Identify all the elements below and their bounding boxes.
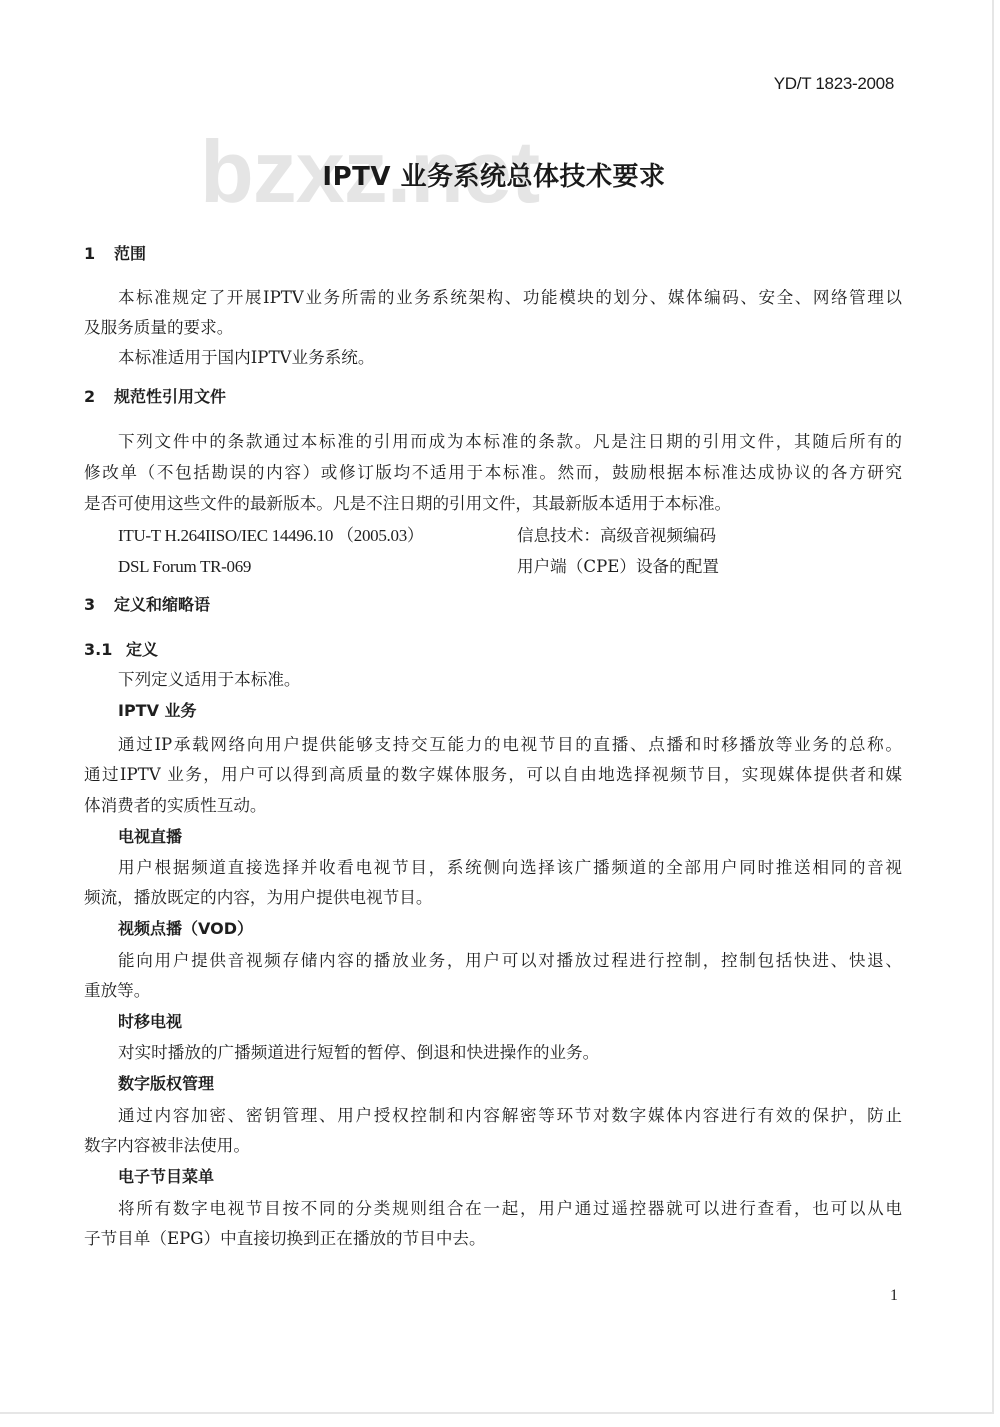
term-heading: 数字版权管理 [118,1073,214,1095]
section-heading-2: 2规范性引用文件 [84,386,226,408]
reference-title: 用户端（CPE）设备的配置 [517,556,719,578]
section-title: 定义和缩略语 [114,595,210,614]
section-title: 规范性引用文件 [114,387,226,406]
section-title: 定义 [126,640,158,659]
term-heading: 电子节目菜单 [118,1166,214,1188]
paragraph-line: 用户根据频道直接选择并收看电视节目，系统侧向选择该广播频道的全部用户同时推送相同… [118,857,902,879]
paragraph-line: 本标准适用于国内IPTV业务系统。 [118,347,902,369]
section-number: 2 [84,386,114,408]
section-number: 3 [84,594,114,616]
document-title: IPTV 业务系统总体技术要求 [0,156,988,193]
paragraph-line: 下列文件中的条款通过本标准的引用而成为本标准的条款。凡是注日期的引用文件，其随后… [118,431,902,453]
paragraph-line: 本标准规定了开展IPTV业务所需的业务系统架构、功能模块的划分、媒体编码、安全、… [118,287,902,309]
paragraph-line: 及服务质量的要求。 [84,317,902,339]
section-heading-3: 3定义和缩略语 [84,594,210,616]
section-title: 范围 [114,244,146,263]
paragraph-line: 通过内容加密、密钥管理、用户授权控制和内容解密等环节对数字媒体内容进行有效的保护… [118,1105,902,1127]
standard-code: YD/T 1823-2008 [774,74,894,94]
term-heading: 时移电视 [118,1011,182,1033]
paragraph-line: 体消费者的实质性互动。 [84,795,902,817]
page-number: 1 [890,1287,898,1305]
reference-code: ITU-T H.264IISO/IEC 14496.10 （2005.03） [118,525,424,547]
paragraph-line: 修改单（不包括勘误的内容）或修订版均不适用于本标准。然而，鼓励根据本标准达成协议… [84,462,902,484]
reference-title: 信息技术：高级音视频编码 [517,525,716,547]
term-heading: 视频点播（VOD） [118,918,253,940]
reference-code: DSL Forum TR-069 [118,556,251,578]
paragraph-line: 通过IP承载网络向用户提供能够支持交互能力的电视节目的直播、点播和时移播放等业务… [118,734,902,756]
section-heading-1: 1范围 [84,243,146,265]
paragraph-line: 频流，播放既定的内容，为用户提供电视节目。 [84,887,902,909]
section-number: 1 [84,243,114,265]
paragraph-line: 重放等。 [84,980,902,1002]
term-heading: IPTV 业务 [118,700,197,722]
section-heading-3-1: 3.1定义 [84,639,158,661]
paragraph-line: 是否可使用这些文件的最新版本。凡是不注日期的引用文件，其最新版本适用于本标准。 [84,493,902,515]
section-number: 3.1 [84,639,126,661]
paragraph-line: 数字内容被非法使用。 [84,1135,902,1157]
paragraph-line: 通过IPTV 业务，用户可以得到高质量的数字媒体服务，可以自由地选择视频节目，实… [84,764,902,786]
paragraph-line: 将所有数字电视节目按不同的分类规则组合在一起，用户通过遥控器就可以进行查看，也可… [118,1198,902,1220]
paragraph-line: 下列定义适用于本标准。 [118,669,902,691]
paragraph-line: 子节目单（EPG）中直接切换到正在播放的节目中去。 [84,1228,902,1250]
term-heading: 电视直播 [118,826,182,848]
paragraph-line: 能向用户提供音视频存储内容的播放业务，用户可以对播放过程进行控制，控制包括快进、… [118,950,902,972]
paragraph-line: 对实时播放的广播频道进行短暂的暂停、倒退和快进操作的业务。 [118,1042,902,1064]
document-page: bzxz.net YD/T 1823-2008 IPTV 业务系统总体技术要求 … [0,0,994,1414]
